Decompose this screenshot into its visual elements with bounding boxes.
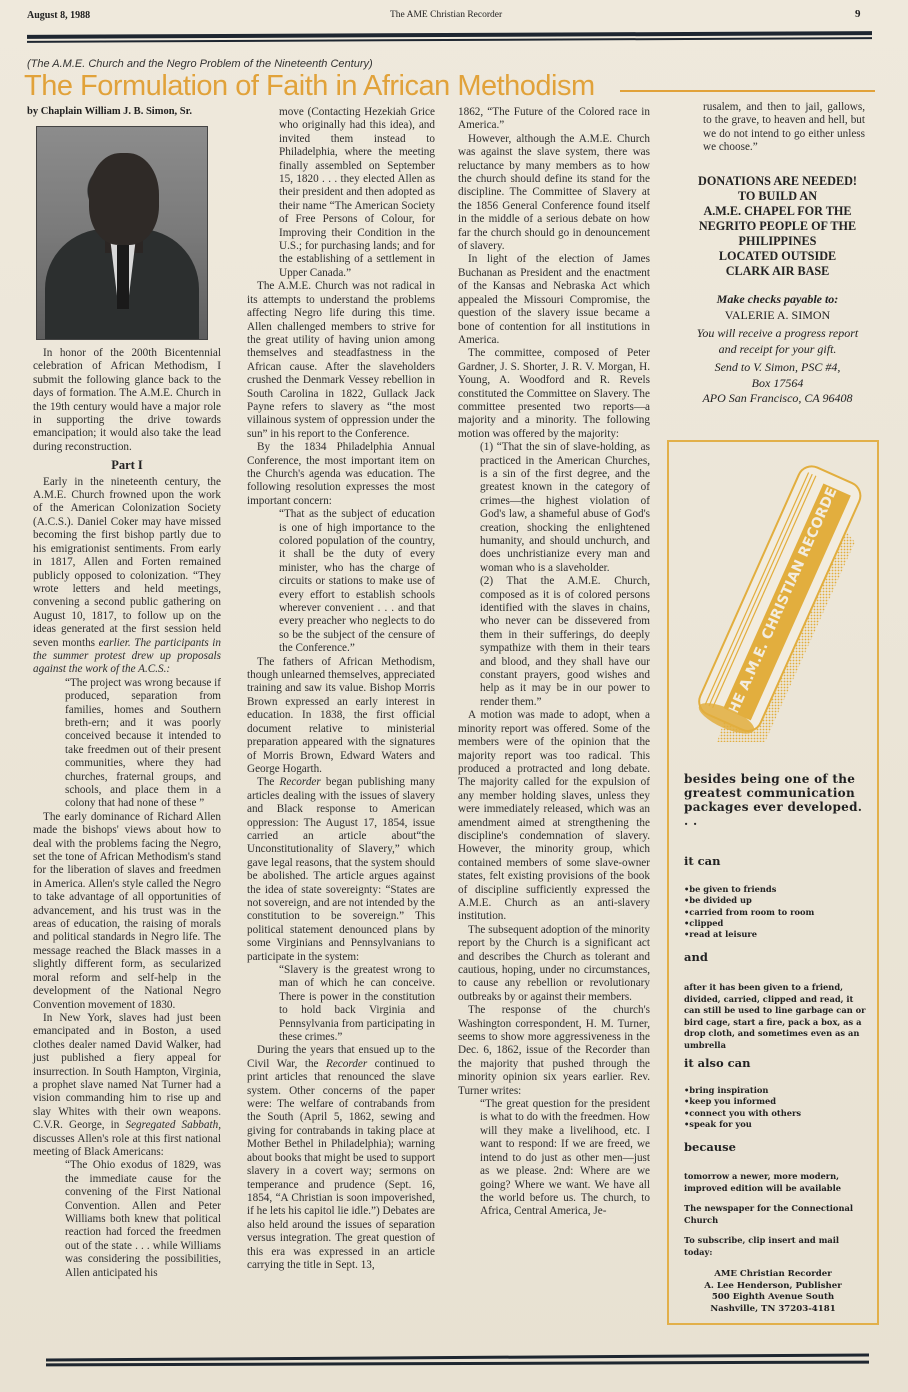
paragraph: Early in the nineteenth century, the A.M… — [33, 476, 221, 677]
paragraph: The fathers of African Methodism, though… — [247, 656, 435, 777]
article-column-4: rusalem, and then to jail, gallows, to t… — [703, 101, 865, 155]
article-kicker: (The A.M.E. Church and the Negro Problem… — [27, 58, 373, 70]
ad-heading-also: it also can — [684, 1056, 750, 1070]
ad-tagline: The newspaper for the Connectional Churc… — [684, 1203, 869, 1226]
payment-instructions: Make checks payable to: VALERIE A. SIMON… — [675, 292, 880, 407]
ad-list-can: •be given to friends •be divided up •car… — [684, 884, 814, 940]
donation-line: PHILIPPINES — [675, 234, 880, 249]
list-item: •carried from room to room — [684, 907, 814, 918]
article-column-3: 1862, “The Future of the Colored race in… — [458, 106, 650, 1219]
address-line: Nashville, TN 37203-4181 — [669, 1304, 877, 1316]
list-item: •be divided up — [684, 895, 814, 906]
list-item: •connect you with others — [684, 1108, 801, 1119]
publication-ref: Recorder — [280, 776, 321, 788]
paragraph: By the 1834 Philadelphia Annual Conferen… — [247, 441, 435, 508]
paragraph-text: continued to print articles that renounc… — [247, 1058, 435, 1271]
ad-because-text: tomorrow a newer, more modern, improved … — [684, 1171, 869, 1194]
address-line: A. Lee Henderson, Publisher — [669, 1281, 877, 1293]
paragraph: During the years that ensued up to the C… — [247, 1044, 435, 1272]
article-headline: The Formulation of Faith in African Meth… — [24, 70, 595, 103]
list-item: •keep you informed — [684, 1096, 801, 1107]
donation-line: CLARK AIR BASE — [675, 264, 880, 279]
paragraph: In New York, slaves had just been emanci… — [33, 1012, 221, 1159]
ad-subscribe-text: To subscribe, clip insert and mail today… — [684, 1235, 869, 1258]
list-item: •speak for you — [684, 1119, 801, 1130]
donation-line: TO BUILD AN — [675, 189, 880, 204]
paragraph: 1862, “The Future of the Colored race in… — [458, 106, 650, 133]
paragraph-text: discusses Allen's role at this first nat… — [33, 1133, 221, 1158]
paragraph: The subsequent adoption of the minority … — [458, 924, 650, 1004]
list-item: •clipped — [684, 918, 814, 929]
block-quote: “The project was wrong because if produc… — [65, 677, 221, 811]
intro-paragraph: In honor of the 200th Bicentennial celeb… — [33, 347, 221, 454]
newspaper-page: August 8, 1988 The AME Christian Recorde… — [0, 0, 908, 1392]
block-quote-continued: move (Contacting Hezekiah Grice who orig… — [279, 106, 435, 280]
paragraph-text: Early in the nineteenth century, the A.M… — [33, 476, 221, 649]
donation-notice: DONATIONS ARE NEEDED! TO BUILD AN A.M.E.… — [675, 174, 880, 279]
headline-rule — [620, 90, 875, 92]
paragraph: In light of the election of James Buchan… — [458, 253, 650, 347]
photo-head — [89, 153, 159, 245]
subscription-ad: THE A.M.E. CHRISTIAN RECORDER besides be… — [667, 440, 879, 1325]
book-title: Segregated Sabbath, — [126, 1119, 222, 1131]
ad-heading-it-can: it can — [684, 854, 721, 868]
rolled-newspaper-icon: THE A.M.E. CHRISTIAN RECORDER — [687, 452, 863, 742]
payable-label: Make checks payable to: — [675, 292, 880, 308]
donation-line: LOCATED OUTSIDE — [675, 249, 880, 264]
block-quote-continued: rusalem, and then to jail, gallows, to t… — [703, 101, 865, 155]
paragraph: The response of the church's Washington … — [458, 1004, 650, 1098]
ad-mailing-address: AME Christian Recorder A. Lee Henderson,… — [669, 1269, 877, 1315]
payee-name: VALERIE A. SIMON — [675, 308, 880, 324]
ad-lead: besides being one of the greatest commun… — [684, 772, 864, 828]
motion-2: (2) That the A.M.E. Church, composed as … — [480, 575, 650, 709]
progress-note: and receipt for your gift. — [675, 342, 880, 358]
donation-line: NEGRITO PEOPLE OF THE — [675, 219, 880, 234]
page-number: 9 — [855, 8, 861, 20]
ad-heading-because: because — [684, 1140, 736, 1154]
issue-date: August 8, 1988 — [27, 10, 90, 21]
paragraph-text: In New York, slaves had just been emanci… — [33, 1012, 221, 1131]
publication-ref: Recorder — [326, 1058, 367, 1070]
address-line: 500 Eighth Avenue South — [669, 1292, 877, 1304]
mailing-address-line: APO San Francisco, CA 96408 — [675, 391, 880, 407]
list-item: •be given to friends — [684, 884, 814, 895]
paragraph: The Recorder began publishing many artic… — [247, 776, 435, 964]
ad-list-also: •bring inspiration •keep you informed •c… — [684, 1085, 801, 1130]
block-quote: “The Ohio exodus of 1829, was the immedi… — [65, 1159, 221, 1280]
paragraph-text: began publishing many articles dealing w… — [247, 776, 435, 962]
footer-rule-thin — [46, 1361, 869, 1367]
article-column-2: move (Contacting Hezekiah Grice who orig… — [247, 106, 435, 1272]
block-quote: “Slavery is the greatest wrong to man of… — [279, 964, 435, 1044]
publication-name: The AME Christian Recorder — [390, 10, 502, 20]
mailing-address-line: Box 17564 — [675, 376, 880, 392]
article-column-1: In honor of the 200th Bicentennial celeb… — [33, 347, 221, 1280]
ad-heading-and: and — [684, 950, 708, 964]
address-line: AME Christian Recorder — [669, 1269, 877, 1281]
author-photo — [36, 126, 208, 340]
paragraph: A motion was made to adopt, when a minor… — [458, 709, 650, 924]
mailing-address-line: Send to V. Simon, PSC #4, — [675, 360, 880, 376]
paragraph: The committee, composed of Peter Gardner… — [458, 347, 650, 441]
block-quote: “The great question for the president is… — [480, 1098, 650, 1219]
article-byline: by Chaplain William J. B. Simon, Sr. — [27, 106, 192, 117]
motion-1: (1) “That the sin of slave-holding, as p… — [480, 441, 650, 575]
progress-note: You will receive a progress report — [675, 326, 880, 342]
paragraph-text: The — [257, 776, 280, 788]
part-heading: Part I — [33, 459, 221, 472]
paragraph: The early dominance of Richard Allen mad… — [33, 811, 221, 1012]
donation-line: A.M.E. CHAPEL FOR THE — [675, 204, 880, 219]
paragraph: However, although the A.M.E. Church was … — [458, 133, 650, 254]
list-item: •bring inspiration — [684, 1085, 801, 1096]
list-item: •read at leisure — [684, 929, 814, 940]
paragraph: The A.M.E. Church was not radical in its… — [247, 280, 435, 441]
ad-and-text: after it has been given to a friend, div… — [684, 982, 869, 1051]
block-quote: “That as the subject of education is one… — [279, 508, 435, 655]
photo-tie — [117, 245, 129, 309]
donation-line: DONATIONS ARE NEEDED! — [675, 174, 880, 189]
